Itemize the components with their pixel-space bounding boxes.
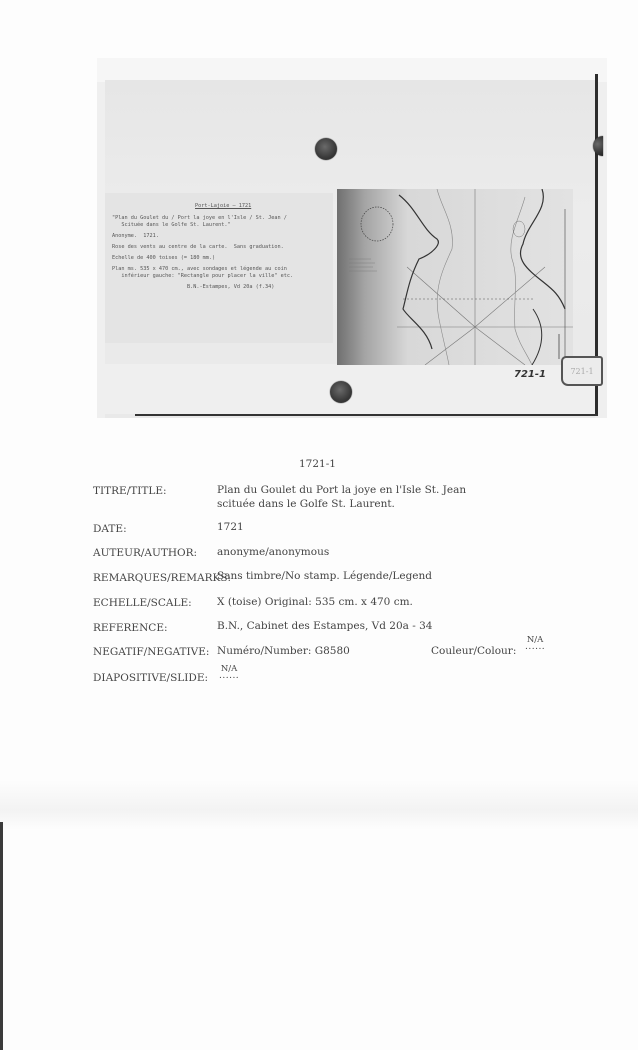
date-label: DATE: [93, 523, 127, 535]
scale-value: X (toise) Original: 535 cm. x 470 cm. [217, 596, 413, 608]
index-card-line: Anonyme. 1721. [112, 233, 159, 240]
map-photograph: Port-Lajoie — 1721 "Plan du Goulet du / … [97, 58, 607, 418]
rivet-icon [330, 381, 352, 403]
author-value: anonyme/anonymous [217, 546, 329, 558]
author-label: AUTEUR/AUTHOR: [93, 547, 197, 559]
index-card-line: "Plan du Goulet du / Port la joye en l'I… [112, 215, 287, 222]
title-value-line1: Plan du Goulet du Port la joye en l'Isle… [217, 484, 466, 496]
colour-label: Couleur/Colour: [431, 645, 516, 657]
map-number-tab: 721-1 [561, 356, 603, 386]
index-card-line: Plan ms. 535 x 470 cm., avec sondages et… [112, 266, 287, 273]
index-card-line: Scituée dans le Golfe St. Laurent." [112, 222, 231, 229]
index-card-heading: Port-Lajoie — 1721 [195, 203, 251, 210]
index-card-line: inférieur gauche: "Rectangle pour placer… [112, 273, 293, 280]
slide-value: N/A ...... [219, 666, 239, 680]
date-value: 1721 [217, 521, 244, 533]
title-label: TITRE/TITLE: [93, 485, 167, 497]
slide-label: DIAPOSITIVE/SLIDE: [93, 672, 208, 684]
catalogue-number: 1721-1 [299, 458, 336, 470]
negative-label: NEGATIF/NEGATIVE: [93, 646, 209, 658]
index-card-line: Rose des vents au centre de la carte. Sa… [112, 244, 284, 251]
index-card: Port-Lajoie — 1721 "Plan du Goulet du / … [105, 193, 333, 343]
negative-number: Numéro/Number: G8580 [217, 645, 350, 657]
reference-label: REFERENCE: [93, 622, 168, 634]
scale-label: ECHELLE/SCALE: [93, 597, 192, 609]
slide-dots: ...... [219, 673, 239, 680]
remarks-value: Sans timbre/No stamp. Légende/Legend [217, 570, 432, 582]
scan-edge [0, 822, 3, 1050]
map-drawing [337, 189, 573, 365]
remarks-label: REMARQUES/REMARKS: [93, 572, 231, 584]
index-card-line: Echelle de 400 toises (= 180 mm.) [112, 255, 215, 262]
historic-map [337, 189, 573, 365]
title-value-line2: scituée dans le Golfe St. Laurent. [217, 498, 395, 510]
handwritten-map-number: 721-1 [514, 369, 546, 380]
colour-dots: ...... [525, 644, 545, 651]
reference-value: B.N., Cabinet des Estampes, Vd 20a - 34 [217, 620, 433, 632]
rivet-icon [315, 138, 337, 160]
index-card-line: B.N.-Estampes, Vd 20a (f.34) [112, 284, 274, 291]
colour-value: N/A ...... [525, 637, 545, 651]
scan-shading [0, 780, 638, 830]
